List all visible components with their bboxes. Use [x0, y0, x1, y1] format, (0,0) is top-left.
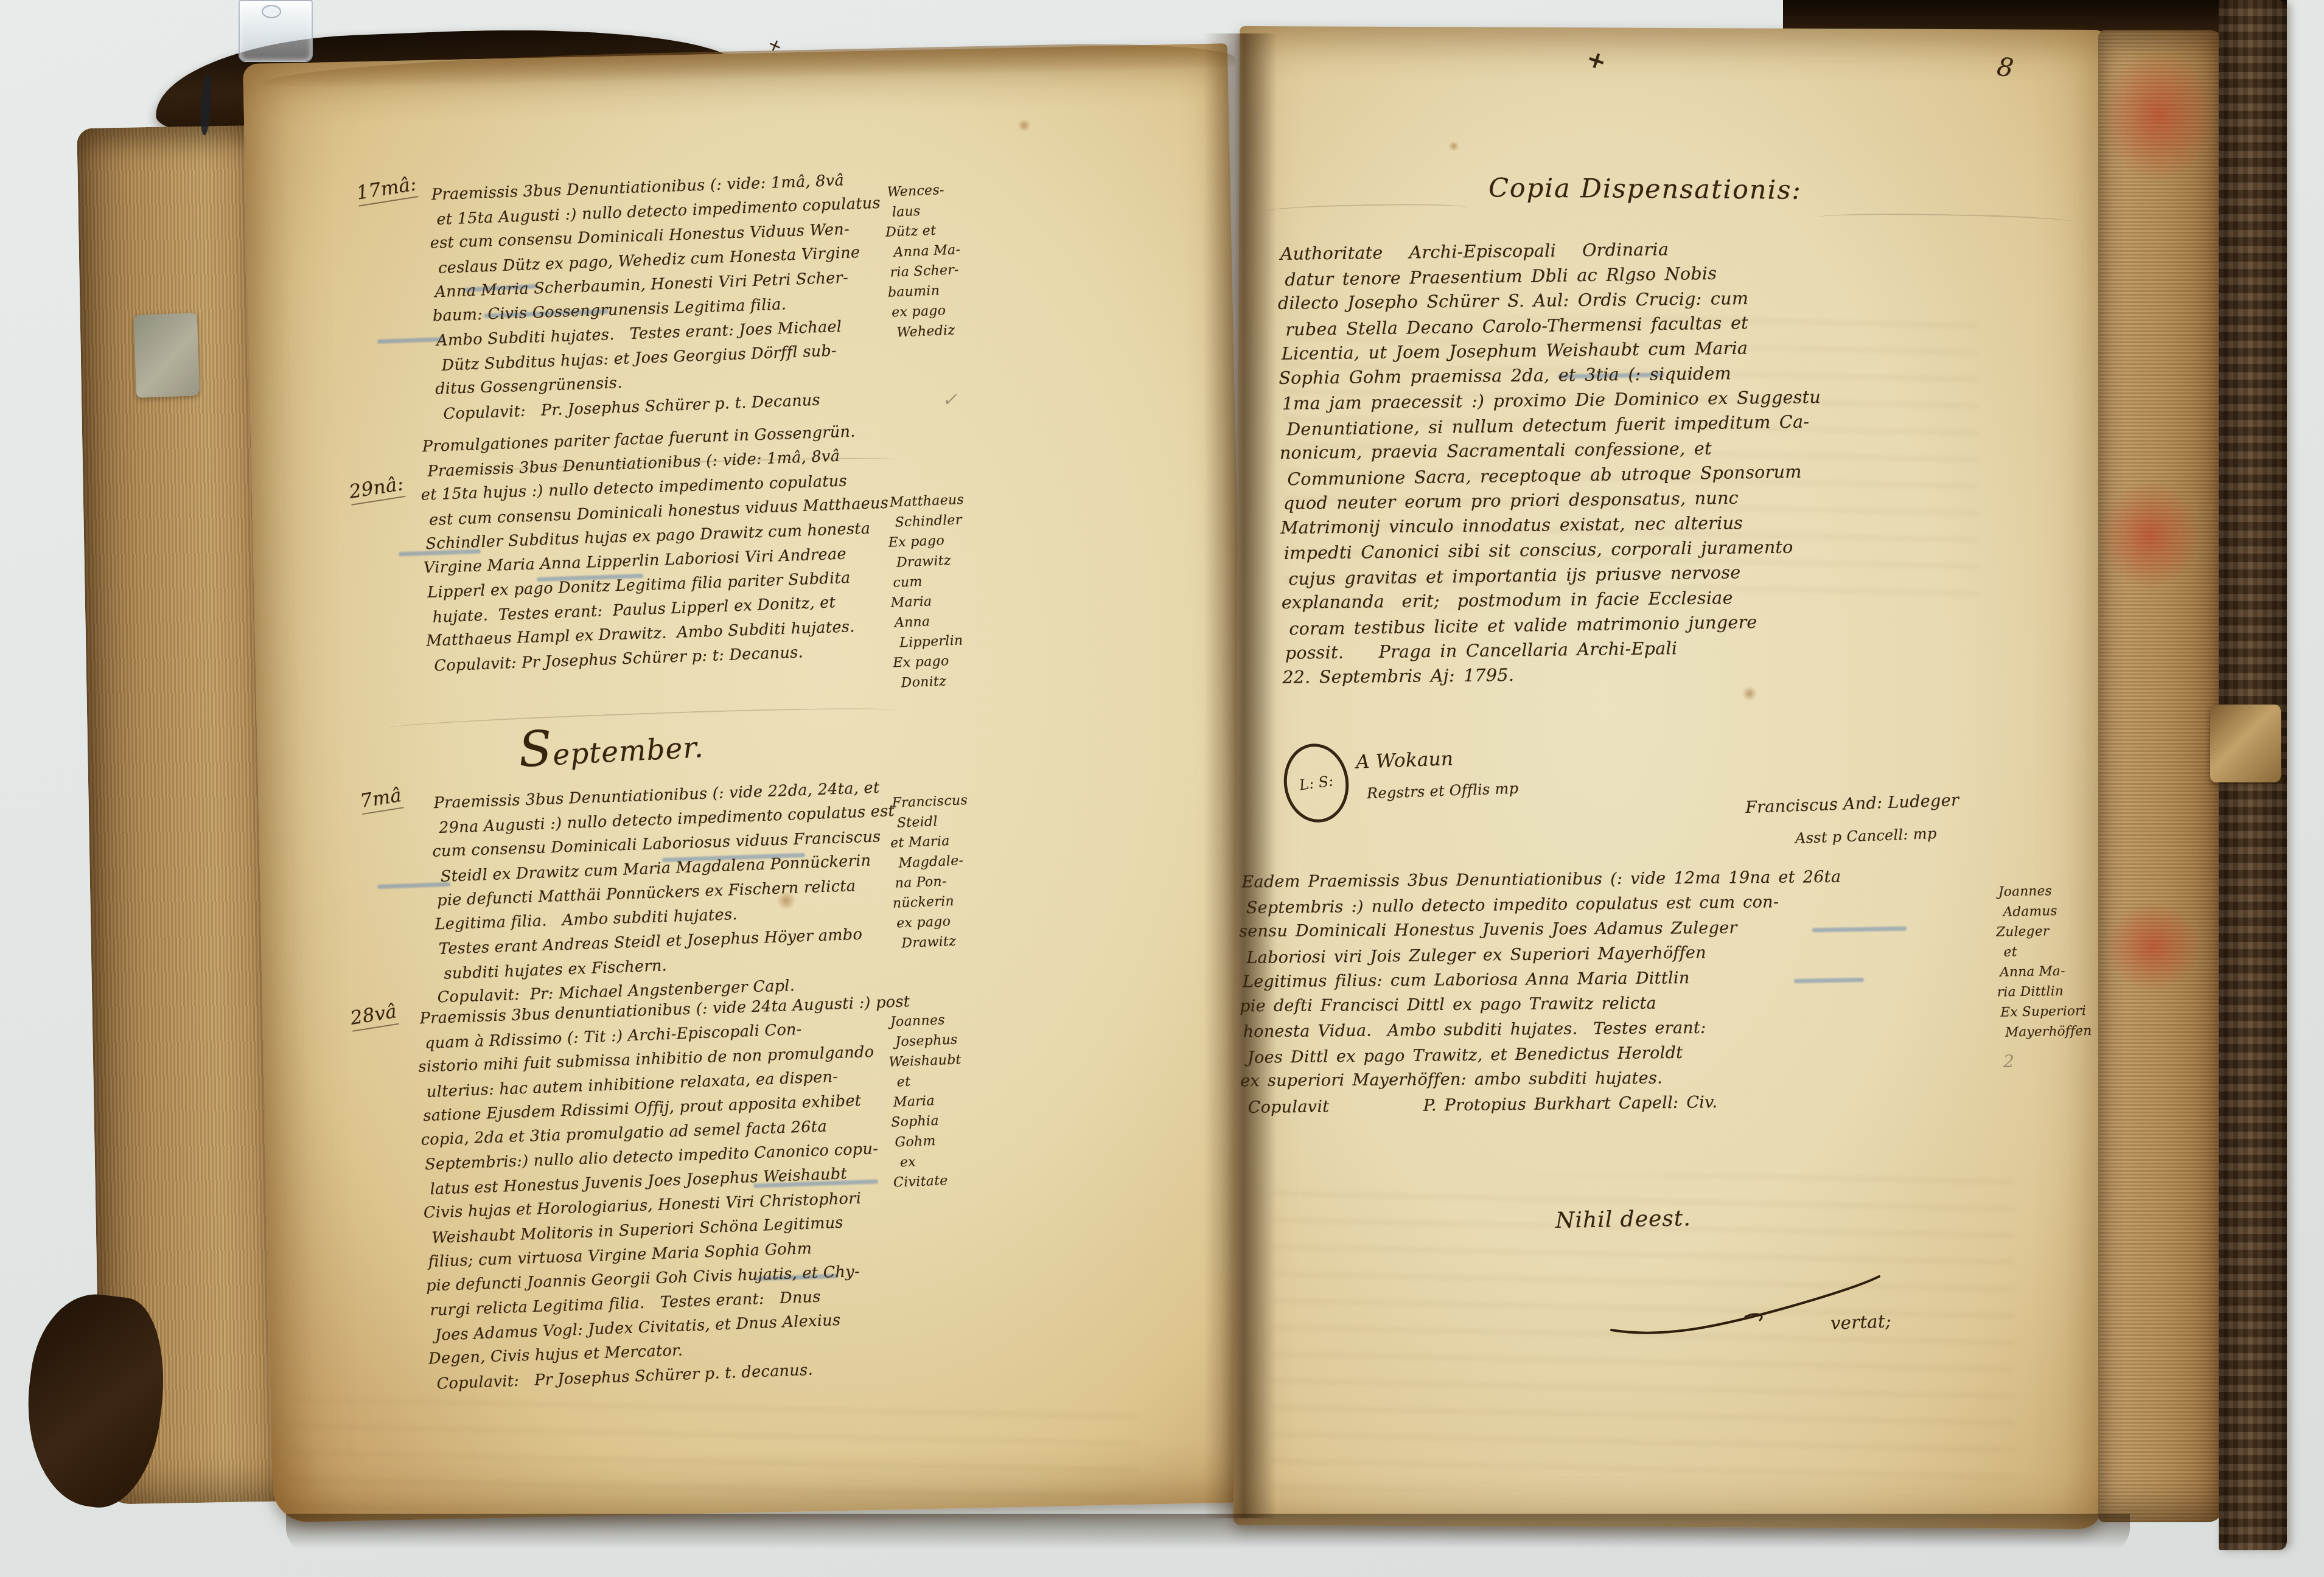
entry-body-7ma: Praemissis 3bus Denuntiationibus (: vide…: [433, 774, 933, 1010]
margin-name-line: Zuleger: [1996, 921, 2115, 942]
foxing-stain: [1448, 141, 1459, 151]
ink-bleedthrough: [286, 1399, 1138, 1509]
vertat-note: vertat;: [1830, 1311, 1891, 1333]
entry-margin-28va: JoannesJosephusWeishaubtetMariaSophiaGoh…: [890, 1008, 1012, 1192]
copia-dispensationis-heading: Copia Dispensationis:: [1488, 173, 1802, 206]
entry-margin-29na: MatthaeusSchindlerEx pagoDrawitzcumMaria…: [890, 488, 1013, 693]
nihil-deest-note: Nihil deest.: [1555, 1206, 1691, 1233]
clip-hole: [262, 5, 281, 18]
margin-name-line: Mayerhöffen: [2005, 1020, 2124, 1043]
register-text-line: pie defti Francisci Dittl ex pago Trawit…: [1240, 989, 2000, 1019]
leather-clasp-remnant: [2210, 705, 2281, 782]
parchment-tab: [134, 313, 200, 398]
book-gutter-shadow: [1204, 33, 1277, 1518]
chancery-signature-name: A Wokaun: [1355, 748, 1453, 773]
entry-margin-17ma: Wences-lausDütz etAnna Ma-ria Scher-baum…: [887, 178, 1008, 343]
margin-name-line: ria Dittlin: [1997, 981, 2116, 1003]
red-edge-stain: [2101, 49, 2216, 183]
margin-name-line: baumin: [887, 279, 1003, 303]
entry-body-28va: Praemissis 3bus denuntiationibus (: vide…: [419, 989, 926, 1396]
margin-name-line: Maria: [890, 589, 1007, 613]
margin-name-line: et: [2003, 940, 2123, 963]
margin-name-line: Joannes: [1998, 880, 2118, 902]
entry-body-29na: Promulgationes pariter factae fuerunt in…: [422, 417, 923, 678]
margin-name-line: Anna Ma-: [2000, 960, 2119, 982]
plastic-page-clip: [239, 0, 313, 62]
entry-body-eadem: Eadem Praemissis 3bus Denuntiationibus (…: [1241, 863, 2005, 1119]
entry-margin-7ma: FranciscusSteidlet MariaMagdale-na Pon-n…: [892, 788, 1013, 953]
red-edge-stain: [2098, 481, 2202, 590]
pencil-numeral: 2: [2003, 1051, 2014, 1071]
right-page-block-fore-edge: [2098, 30, 2224, 1522]
month-heading-september: September.: [517, 712, 705, 778]
margin-name-line: Civitate: [893, 1169, 1010, 1193]
entry-margin-eadem: JoannesAdamusZulegeretAnna Ma-ria Dittli…: [1998, 880, 2120, 1042]
margin-name-line: Adamus: [2003, 900, 2122, 922]
foxing-stain: [1742, 686, 1757, 701]
foxing-stain: [1017, 119, 1031, 131]
dispensation-text: Authoritate Archi-Episcopali Ordinariada…: [1280, 233, 1980, 691]
margin-name-line: Sophia: [891, 1109, 1007, 1133]
margin-name-line: Ex Superiori: [2000, 1000, 2120, 1022]
margin-name-line: nückerin: [892, 889, 1008, 914]
entry-body-17ma: Praemissis 3bus Denuntiationibus (: vide…: [431, 165, 932, 426]
book-bottom-shadow: [286, 1514, 2130, 1553]
seal-label: L: S:: [1298, 772, 1335, 794]
photographed-register-book: + 17mâ: Praemissis 3bus Denuntiationibus…: [0, 0, 2324, 1577]
pencil-check-mark: ✓: [942, 389, 957, 411]
